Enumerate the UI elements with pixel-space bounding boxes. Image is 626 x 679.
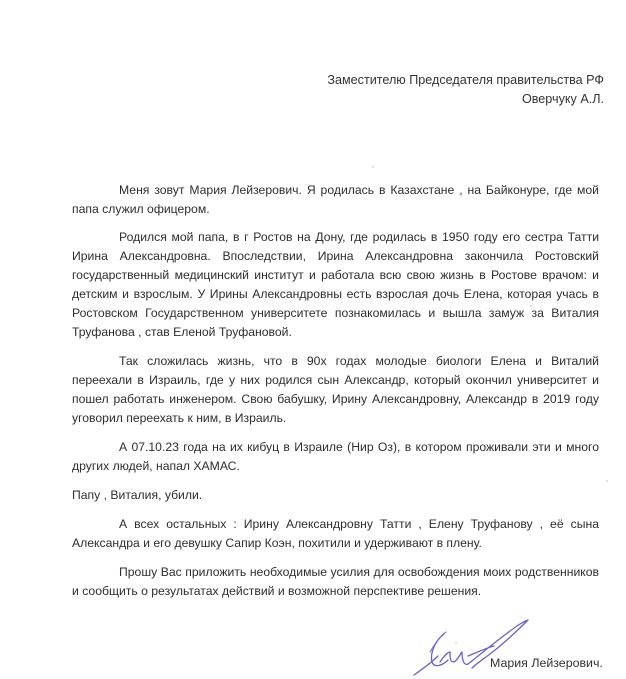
letter-body: Меня зовут Мария Лейзерович. Я родилась … <box>72 181 599 611</box>
scan-artifact <box>372 166 374 168</box>
scan-artifact <box>548 388 550 390</box>
addressee-block: Заместителю Председателя правительства Р… <box>327 71 604 109</box>
scan-artifact <box>606 480 608 482</box>
paragraph-hostages: А всех остальных : Ирину Александровну Т… <box>72 515 599 553</box>
addressee-title: Заместителю Председателя правительства Р… <box>327 71 604 90</box>
document-page: Заместителю Председателя правительства Р… <box>0 0 626 679</box>
signature-block: Мария Лейзерович. <box>410 612 626 679</box>
scan-artifact <box>530 305 532 307</box>
paragraph-family-background: Родился мой папа, в г Ростов на Дону, гд… <box>72 228 599 342</box>
signer-name: Мария Лейзерович. <box>490 656 603 670</box>
paragraph-request: Прошу Вас приложить необходимые усилия д… <box>72 563 599 601</box>
addressee-name: Оверчуку А.Л. <box>327 90 604 109</box>
paragraph-killed: Папу , Виталия, убили. <box>72 486 599 505</box>
paragraph-move-to-israel: Так сложилась жизнь, что в 90х годах мол… <box>72 352 599 428</box>
paragraph-attack: А 07.10.23 года на их кибуц в Израиле (Н… <box>72 438 599 476</box>
scan-artifact <box>455 642 457 644</box>
paragraph-introduction: Меня зовут Мария Лейзерович. Я родилась … <box>72 181 599 219</box>
